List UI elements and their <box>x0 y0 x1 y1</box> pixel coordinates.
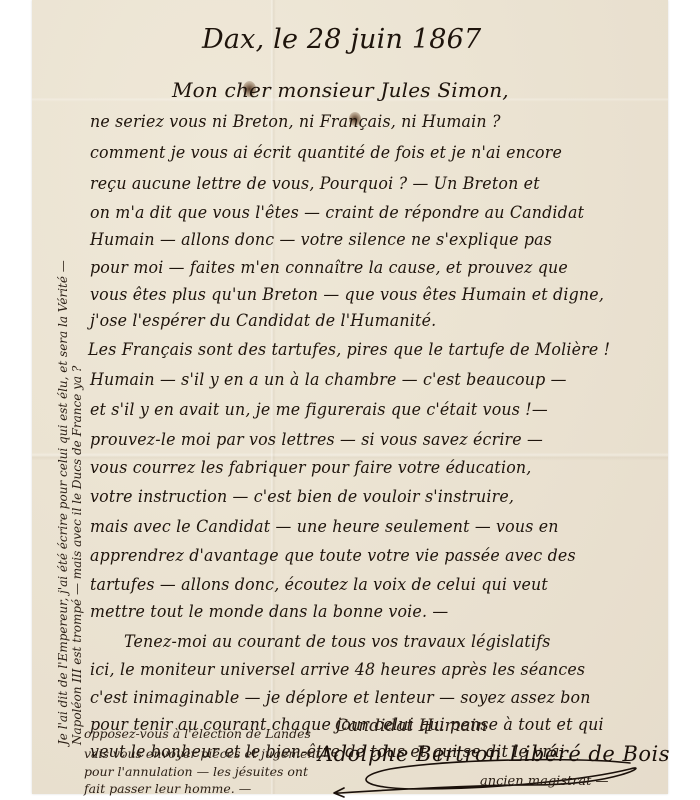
margin-note-line: Je l'ai dit de l'Empereur, j'ai été écri… <box>56 260 70 745</box>
letter-overlay: Je l'ai dit de l'Empereur, j'ai été écri… <box>0 0 700 800</box>
postscript-line: vais vous envoyer pièces et jugement <box>84 746 321 761</box>
margin-note-line: Napoléon III est trompé — mais avec il l… <box>70 260 84 745</box>
postscript-line: pour l'annulation — les jésuites ont <box>84 764 308 779</box>
margin-note: Je l'ai dit de l'Empereur, j'ai été écri… <box>56 260 84 745</box>
postscript-line: opposez-vous à l'élection de Landes <box>84 726 311 741</box>
letter-closing: Candidat Humain <box>335 716 487 736</box>
signature-title: ancien magistrat — <box>480 774 609 789</box>
postscript-line: fait passer leur homme. — <box>84 781 251 796</box>
